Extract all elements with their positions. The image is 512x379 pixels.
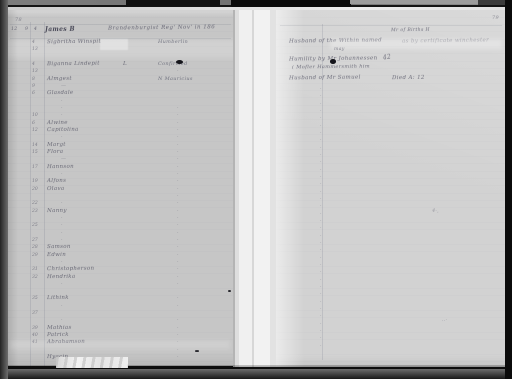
ledger-row: 8AlmgestN Mauricius (8, 76, 233, 83)
ledger-row: 35Lithink· (8, 295, 233, 302)
row-mid-column: · (177, 281, 179, 287)
row-mid-column: · (177, 156, 179, 162)
ledger-row: 31Christopherson· (8, 266, 233, 273)
ink-blot (176, 60, 183, 64)
entry-b-subtext: ( Mofler Hammersmith him (292, 65, 370, 71)
row-mid-column: · (177, 332, 179, 338)
ledger-row: 6Glasdale (8, 90, 233, 97)
row-mid-column: · (177, 230, 179, 236)
ditto-mark: · (320, 145, 322, 151)
row-number: 15 (32, 150, 38, 155)
left-page-number: 78 (15, 18, 22, 23)
row-name: Olava (47, 185, 64, 191)
ledger-row: ·· (8, 281, 233, 288)
row-number: 37 (32, 311, 38, 316)
ledger-row: 4Sigbritha WinspitHumberlin (8, 39, 233, 46)
header-margin-number: 4 (34, 28, 37, 33)
ledger-row (8, 54, 233, 61)
ditto-mark: · (320, 233, 322, 239)
row-name: Lithink (47, 295, 69, 301)
ledger-row: 6Alwine· (8, 120, 233, 127)
row-name: Samson (47, 244, 71, 250)
row-number: 40 (32, 333, 38, 338)
row-mid-column: · (177, 112, 179, 118)
row-name: Patrick (47, 332, 69, 338)
row-name: · (61, 222, 63, 228)
ditto-mark: · (320, 152, 322, 158)
row-mid-column: · (177, 215, 179, 221)
row-name: Capitolina (47, 127, 79, 133)
row-mid-column: · (177, 178, 179, 184)
glare-streak (10, 340, 230, 349)
header-entry-name: James B (45, 27, 75, 33)
row-number: 39 (32, 326, 38, 331)
ledger-row: 9— (8, 83, 233, 90)
row-name: · (61, 171, 63, 177)
row-mid-column: · (177, 142, 179, 148)
ditto-mark: · (320, 269, 322, 275)
ditto-mark: · (320, 335, 322, 341)
row-mid-column: · (177, 266, 179, 272)
row-mid-column: · (177, 274, 179, 280)
row-name: · (61, 200, 63, 206)
ledger-row: 15Flora· (8, 149, 233, 156)
row-name: Glasdale (47, 90, 74, 96)
row-number: 19 (32, 179, 38, 184)
register-title: Brandenburgist Reg' Nov' in 186 (108, 25, 215, 32)
ditto-mark: · (320, 247, 322, 253)
ditto-mark: · (320, 240, 322, 246)
row-mid-column: Humberlin (158, 39, 188, 45)
ditto-mark: · (320, 115, 322, 121)
entry-c-right-text: Died A: 12 (392, 76, 425, 82)
row-mid-column: · (177, 252, 179, 258)
ditto-mark: · (320, 86, 322, 92)
book-gutter (233, 10, 276, 367)
ditto-mark: · (320, 123, 322, 129)
row-number: 20 (32, 187, 38, 192)
row-number: 28 (32, 245, 38, 250)
row-name: Mathias (47, 325, 72, 331)
ditto-mark: · (320, 108, 322, 114)
ledger-row: ·· (8, 134, 233, 141)
backdrop-bottom (0, 369, 512, 379)
row-number: 4 (32, 62, 35, 67)
entry-c-text: Husband of Mr Samuel (289, 76, 361, 82)
ditto-mark: · (320, 189, 322, 195)
ditto-mark: · (320, 255, 322, 261)
row-name: · (61, 237, 63, 243)
row-number: 14 (32, 143, 38, 148)
ledger-row: 32Hendrika· (8, 274, 233, 281)
ledger-row: 20Olava· (8, 186, 233, 193)
ledger-row: 23Nanny· (8, 208, 233, 215)
row-mid-column: · (177, 149, 179, 155)
ledger-rows: 4Sigbritha WinspitHumberlin134Biganna Li… (8, 39, 233, 361)
ditto-mark: · (320, 174, 322, 180)
row-name: · (61, 134, 63, 140)
ledger-row: 12Capitolina· (8, 127, 233, 134)
ditto-mark: · (320, 101, 322, 107)
row-number: 13 (32, 69, 38, 74)
ledger-row (8, 288, 233, 295)
row-mid-column: · (177, 325, 179, 331)
row-mid-column: · (177, 354, 179, 360)
row-name: Almgest (47, 76, 72, 82)
ledger-row: 4Biganna LindepitLConfirmed (8, 61, 233, 68)
ditto-mark: · (320, 211, 322, 217)
ditto-mark: · (320, 262, 322, 268)
right-header: Mr of Births H (391, 29, 430, 34)
row-name: — (61, 83, 66, 89)
right-page-number: 79 (492, 16, 499, 21)
row-name: · (61, 303, 63, 309)
ledger-row: 25·· (8, 222, 233, 229)
row-name: — (61, 156, 66, 162)
ledger-row: · (8, 98, 233, 105)
left-page: 78 12 9 4 James B Brandenburgist Reg' No… (8, 10, 233, 366)
ledger-row: 19Alfons· (8, 178, 233, 185)
row-mid-column: · (177, 295, 179, 301)
row-mid-column: · (177, 105, 179, 111)
entry-b-badge: 42 (383, 54, 392, 61)
row-name: · (61, 230, 63, 236)
row-mid-column: · (177, 317, 179, 323)
ditto-mark: · (320, 321, 322, 327)
ditto-mark: · (320, 343, 322, 349)
ditto-mark: · (320, 277, 322, 283)
row-number: 8 (32, 77, 35, 82)
row-name: · (61, 259, 63, 265)
ditto-mark: · (320, 93, 322, 99)
row-name: Biganna Lindepit (47, 61, 100, 68)
ditto-mark: · (320, 218, 322, 224)
row-mid-column: · (177, 127, 179, 133)
row-mid-column: · (177, 200, 179, 206)
ditto-mark: · (320, 328, 322, 334)
row-name: Alfons (47, 178, 66, 184)
row-name: · (61, 98, 63, 104)
row-name: · (61, 281, 63, 287)
paper-tab (56, 357, 128, 368)
row-name: · (61, 317, 63, 323)
ledger-row: 40Patrick· (8, 332, 233, 339)
ditto-mark: · (320, 299, 322, 305)
row-mid-column: Confirmed (158, 61, 188, 67)
ditto-mark: · (320, 284, 322, 290)
row-number: 35 (32, 296, 38, 301)
ledger-row: —· (8, 156, 233, 163)
ledger-row: · (8, 193, 233, 200)
row-name: Hannson (47, 163, 74, 169)
row-mid-column: · (177, 186, 179, 192)
row-number: 6 (32, 91, 35, 96)
row-mid-column: · (177, 134, 179, 140)
row-number: 32 (32, 275, 38, 280)
backdrop-right-edge (505, 0, 512, 379)
row-number: 10 (32, 113, 38, 118)
ledger-row: 13 (8, 46, 233, 53)
row-mid-column: · (177, 171, 179, 177)
row-name: Sigbritha Winspit (47, 39, 101, 46)
row-number: 6 (32, 121, 35, 126)
ditto-mark: · (320, 313, 322, 319)
ledger-row: 22·· (8, 200, 233, 207)
row-number: 22 (32, 201, 38, 206)
ledger-row: ·· (8, 317, 233, 324)
ledger-row: 17Hannson· (8, 164, 233, 171)
ledger-row: 39Mathias· (8, 325, 233, 332)
backdrop-top-band-right (350, 0, 490, 4)
ditto-mark: · (320, 196, 322, 202)
row-number: 27 (32, 238, 38, 243)
ledger-row: 10·· (8, 112, 233, 119)
ditto-mark: · (320, 225, 322, 231)
pencil-mark: ..· (442, 319, 447, 324)
ink-speck (228, 290, 231, 292)
row-initial: L (123, 61, 127, 67)
ledger-row: 27·· (8, 237, 233, 244)
row-mid-column: · (177, 237, 179, 243)
row-name: Christopherson (47, 266, 94, 272)
row-mid-column: · (177, 303, 179, 309)
ledger-row: ·· (8, 259, 233, 266)
row-mid-column: · (177, 222, 179, 228)
row-name: · (61, 215, 63, 221)
row-number: 25 (32, 223, 38, 228)
row-mid-column: · (177, 244, 179, 250)
row-number: 9 (32, 84, 35, 89)
row-number: 17 (32, 165, 38, 170)
ledger-row: 28Samson· (8, 244, 233, 251)
row-name: · (61, 105, 63, 111)
right-page: 79 Mr of Births H Husband of the Within … (276, 10, 505, 367)
ditto-mark: · (320, 130, 322, 136)
ledger-row: ·· (8, 215, 233, 222)
row-number: 29 (32, 253, 38, 258)
glare-streak (330, 39, 502, 49)
ditto-mark: · (320, 167, 322, 173)
row-name: Flora (47, 149, 63, 155)
row-mid-column: · (177, 164, 179, 170)
ledger-row: ·· (8, 171, 233, 178)
row-name: Margt (47, 141, 66, 147)
row-name: · (61, 112, 63, 118)
row-mid-column: · (177, 68, 179, 74)
row-mid-column: · (177, 193, 179, 199)
row-name: Nanny (47, 207, 67, 213)
backdrop-dark-bar (126, 0, 220, 6)
row-number: 13 (32, 47, 38, 52)
row-number: 23 (32, 209, 38, 214)
row-name: Hendrika (47, 273, 76, 279)
ledger-row: ·· (8, 105, 233, 112)
ledger-row: ·· (8, 230, 233, 237)
row-name: Edwin (47, 251, 66, 257)
backdrop-left-edge (0, 0, 8, 379)
ink-speck (195, 350, 199, 352)
ink-blot (330, 59, 336, 64)
ditto-mark: · (320, 306, 322, 312)
ditto-mark: · (320, 291, 322, 297)
ledger-row: 13· (8, 68, 233, 75)
row-mid-column: · (177, 120, 179, 126)
ditto-mark: · (320, 203, 322, 209)
header-rule (280, 25, 502, 26)
row-number: 31 (32, 267, 38, 272)
header-margin-number: 9 (25, 28, 28, 33)
header-margin-number: 12 (11, 28, 18, 33)
ledger-row: ·· (8, 303, 233, 310)
row-name: Alwine (47, 120, 68, 126)
row-number: 12 (32, 128, 38, 133)
pencil-mark: 4·, (432, 210, 439, 215)
row-mid-column: · (177, 259, 179, 265)
ditto-mark: · (320, 159, 322, 165)
row-number: 4 (32, 40, 35, 45)
ditto-mark: · (320, 181, 322, 187)
row-mid-column: N Mauricius (158, 76, 193, 82)
ledger-row: 37 (8, 310, 233, 317)
ledger-row: 29Edwin· (8, 252, 233, 259)
ledger-row: 14Margt· (8, 142, 233, 149)
ditto-mark: · (320, 137, 322, 143)
row-mid-column: · (177, 208, 179, 214)
